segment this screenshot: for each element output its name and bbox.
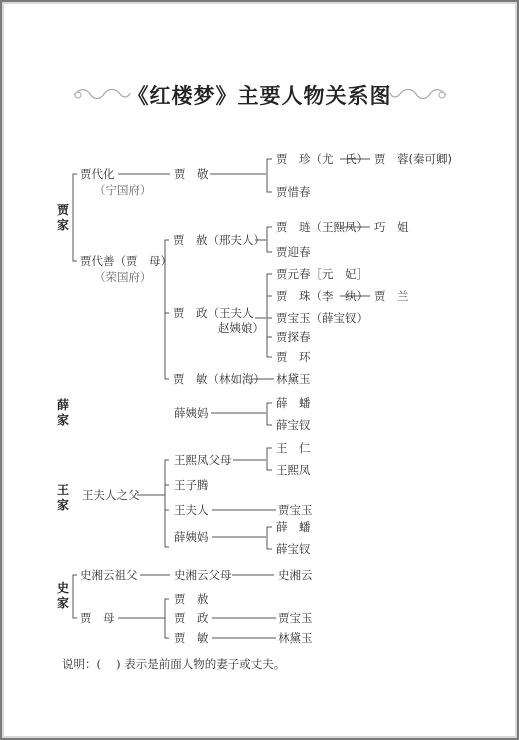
node-shi-parents: 史湘云父母 bbox=[174, 568, 232, 582]
node-jia-huan: 贾 环 bbox=[276, 350, 311, 364]
node-jia-zhen: 贾 珍（尤 氏） bbox=[276, 152, 368, 166]
node-jia-lian: 贾 琏（王熙凤） bbox=[276, 220, 368, 234]
node-shi-daiyu: 林黛玉 bbox=[278, 631, 313, 645]
node-shi-grandfather: 史湘云祖父 bbox=[80, 568, 138, 582]
node-jia-jing: 贾 敬 bbox=[174, 167, 209, 181]
node-zhao-yiniang: 赵姨娘） bbox=[218, 321, 264, 335]
connector-lines bbox=[0, 0, 519, 740]
node-jia-daihua: 贾代化 bbox=[80, 167, 115, 181]
family-label-wang: 王家 bbox=[57, 483, 71, 513]
node-jia-xichun: 贾惜春 bbox=[276, 185, 311, 199]
family-label-shi: 史家 bbox=[57, 581, 71, 611]
node-jia-min: 贾 敏（林如海） bbox=[173, 372, 265, 386]
node-shi-zheng: 贾 政 bbox=[174, 611, 209, 625]
node-xue-baochai: 薛宝钗 bbox=[276, 418, 311, 432]
node-shi-min: 贾 敏 bbox=[174, 631, 209, 645]
node-ningguo-note: （宁国府） bbox=[94, 183, 152, 197]
node-shi-jiamu: 贾 母 bbox=[80, 611, 115, 625]
node-lin-daiyu: 林黛玉 bbox=[276, 372, 311, 386]
node-shi-baoyu: 贾宝玉 bbox=[278, 611, 313, 625]
node-jia-daishan: 贾代善（贾 母） bbox=[80, 254, 172, 268]
node-jia-yingchun: 贾迎春 bbox=[276, 245, 311, 259]
node-jia-yuanchun: 贾元春［元 妃］ bbox=[276, 267, 368, 281]
node-rongguo-note: （荣国府） bbox=[94, 270, 152, 284]
family-label-xue: 薛家 bbox=[57, 398, 71, 428]
node-jia-she: 贾 赦（邢夫人） bbox=[173, 233, 265, 247]
node-wang-ziteng: 王子腾 bbox=[174, 478, 209, 492]
node-qiaojie: 巧 姐 bbox=[374, 220, 409, 234]
node-wang-pan: 薛 蟠 bbox=[276, 520, 311, 534]
legend-note: 说明：( ) 表示是前面人物的妻子或丈夫。 bbox=[62, 656, 285, 672]
node-wang-root: 王夫人之父 bbox=[82, 488, 140, 502]
node-wang-baochai: 薛宝钗 bbox=[276, 542, 311, 556]
family-label-jia: 贾家 bbox=[57, 203, 71, 233]
node-jia-tanchun: 贾探春 bbox=[276, 330, 311, 344]
node-xue-yima: 薛姨妈 bbox=[174, 406, 209, 420]
node-wang-furen: 王夫人 bbox=[174, 503, 209, 517]
node-jia-zhu: 贾 珠（李 纨） bbox=[276, 289, 368, 303]
node-wang-xifeng-parents: 王熙凤父母 bbox=[174, 453, 232, 467]
node-shi-she: 贾 赦 bbox=[174, 592, 209, 606]
node-wang-xifeng: 王熙凤 bbox=[276, 463, 311, 477]
node-jia-rong: 贾 蓉(秦可卿) bbox=[374, 152, 452, 166]
node-jia-zheng: 贾 政（王夫人 bbox=[173, 306, 254, 320]
node-jia-baoyu: 贾宝玉（薛宝钗） bbox=[276, 311, 368, 325]
node-wang-yima: 薛姨妈 bbox=[174, 530, 209, 544]
node-jia-lan: 贾 兰 bbox=[374, 289, 409, 303]
node-xue-pan: 薛 蟠 bbox=[276, 396, 311, 410]
node-wang-baoyu: 贾宝玉 bbox=[278, 503, 313, 517]
node-shi-xiangyun: 史湘云 bbox=[278, 568, 313, 582]
node-wang-ren: 王 仁 bbox=[276, 441, 311, 455]
